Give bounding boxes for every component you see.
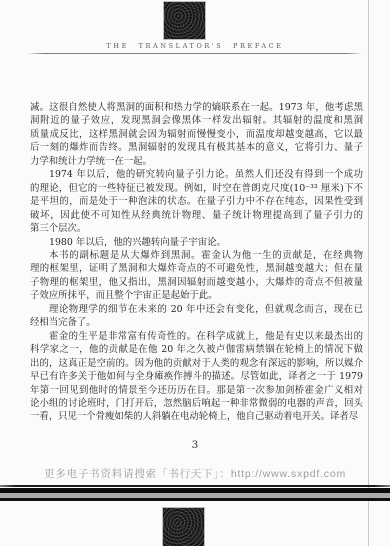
text-line: 一看，只见一个骨瘦如柴的人斜躺在电动轮椅上，他自己驱动着电开关。译者尽 <box>30 410 363 423</box>
text-line: 1980 年以后，他的兴趣转向量子宇宙论。 <box>30 236 363 249</box>
text-line: 后一刻的爆炸而告终。黑洞辐射的发现具有极其基本的意义，它将引力、量子 <box>30 141 363 154</box>
text-line: 力学和统计力学统一在一起。 <box>30 155 363 168</box>
text-line: 出的，这真正是空前的。因为他的贡献对于人类的观念有深远的影响，所以媒介 <box>30 357 363 370</box>
text-line: 子效应所抹平，而且整个宇宙正是起始于此。 <box>30 289 363 302</box>
scan-fold-line <box>368 0 369 546</box>
publisher-seal-top-icon <box>164 2 205 39</box>
text-line: 论小组的讨论班时，门打开后，忽然脑后响起一种非常微弱的电器的声音，回头 <box>30 397 363 410</box>
text-line: 年第一回见到他时的情景至今还历历在目。那是第一次参加剑桥霍金广义相对 <box>30 384 363 397</box>
text-line: 理论物理学的细节在未来的 20 年中还会有变化，但就观念而言，现在已 <box>30 303 363 316</box>
text-line: 质量成反比，这样黑洞就会因为辐射而慢慢变小，而温度却越变越高，它以最 <box>30 128 363 141</box>
footer-bar-black-bottom <box>0 498 390 501</box>
text-line: 洞附近的量子效应，发现黑洞会像黑体一样发出辐射。其辐射的温度和黑洞 <box>30 114 363 127</box>
footer-promo-text: 更多电子书资料请搜索「书行天下」：http://www.sxpdf.com <box>0 466 390 481</box>
text-line: 减。这很自然使人将黑洞的面积和热力学的熵联系在一起。1973 年，他考虑黑 <box>30 101 363 114</box>
text-line: 第三个层次。 <box>30 222 363 235</box>
running-head-title: THE TRANSLATOR'S PREFACE <box>0 42 390 50</box>
text-line: 本书的副标题是从大爆炸到黑洞。霍金认为他一生的贡献是，在经典物 <box>30 249 363 262</box>
text-line: 子物理的框架里，他又指出，黑洞因辐射而越变越小，大爆炸的奇点不但被量 <box>30 276 363 289</box>
preface-body-text: 减。这很自然使人将黑洞的面积和热力学的熵联系在一起。1973 年，他考虑黑洞附近… <box>30 101 363 424</box>
text-line: 破坏，因此使不可知性从经典统计物理、量子统计物理提高到了量子引力的 <box>30 209 363 222</box>
text-line: 是平坦的，而是处于一种泡沫的状态。在量子引力中不存在纯态，因果性受到 <box>30 195 363 208</box>
header-rule <box>27 53 363 54</box>
text-line: 1974 年以后，他的研究转向量子引力论。虽然人们还没有得到一个成功 <box>30 168 363 181</box>
text-line: 早已有许多关于他如何与全身瘫痪作搏斗的描述。尽管如此，译者之一于 1979 <box>30 370 363 383</box>
text-line: 经相当完备了。 <box>30 316 363 329</box>
publisher-seal-bottom-icon <box>163 508 204 546</box>
footer-rule-thin <box>0 485 390 487</box>
scanned-book-page: THE TRANSLATOR'S PREFACE 减。这很自然使人将黑洞的面积和… <box>0 0 390 546</box>
text-line: 理的框架里，证明了黑洞和大爆炸奇点的不可避免性，黑洞越变越大；但在量 <box>30 262 363 275</box>
text-line: 霍金的生平是非常富有传奇性的。在科学成就上，他是有史以来最杰出的 <box>30 330 363 343</box>
page-number: 3 <box>0 439 390 451</box>
text-line: 科学家之一，他的贡献是在他 20 年之久被卢伽雷病禁锢在轮椅上的情况下做 <box>30 343 363 356</box>
text-line: 的理论，但它的一些特征已被发现。例如，时空在普朗克尺度(10⁻³³ 厘米)下不 <box>30 182 363 195</box>
